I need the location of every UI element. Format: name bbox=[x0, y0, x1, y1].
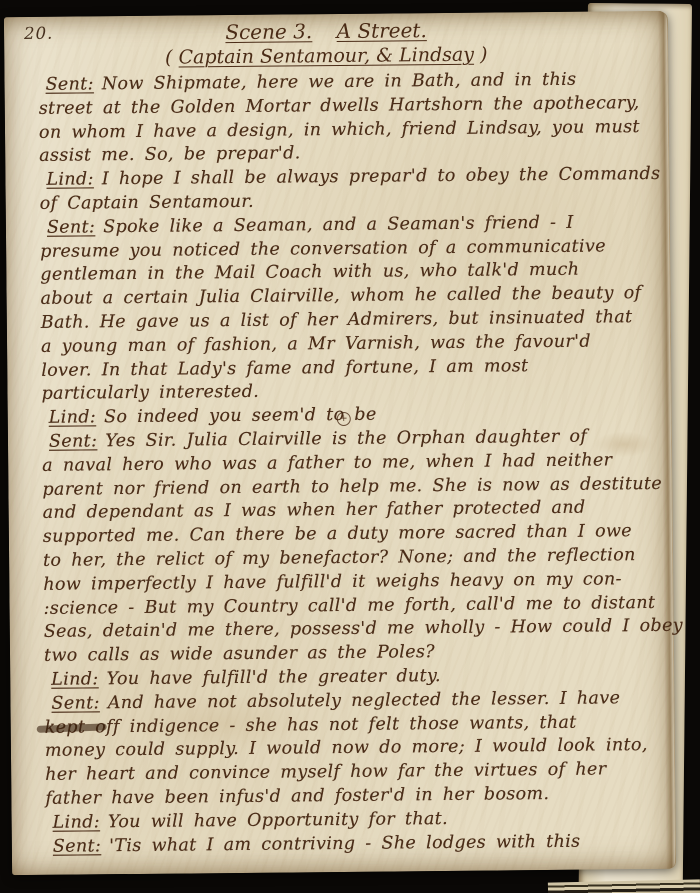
page-number: 20. bbox=[24, 24, 53, 43]
line-text: supported me. Can there be a duty more s… bbox=[43, 521, 632, 547]
line-text: and dependant as I was when her father p… bbox=[43, 498, 586, 523]
line-text: about a certain Julia Clairville, whom h… bbox=[41, 283, 642, 309]
scene-location: A Street. bbox=[336, 18, 426, 43]
speaker-label: Sent: bbox=[51, 693, 99, 713]
line-text: I hope I shall be always prepar'd to obe… bbox=[102, 164, 661, 189]
line-text: how imperfectly I have fulfill'd it weig… bbox=[43, 569, 622, 595]
speaker-label: Lind: bbox=[53, 812, 101, 832]
scene-title: Scene 3. A Street. bbox=[64, 17, 588, 46]
line-text: of Captain Sentamour. bbox=[40, 192, 255, 214]
line-text: money could supply. I would now do more;… bbox=[45, 735, 648, 761]
line-text: two calls as wide asunder as the Poles? bbox=[44, 642, 435, 666]
bottom-page-edges bbox=[548, 879, 700, 893]
manuscript-page: 20. Scene 3. A Street. ( Captain Sentamo… bbox=[4, 11, 676, 875]
line-text: kept off indigence - she has not felt th… bbox=[45, 712, 577, 737]
line-text: :science - But my Country call'd me fort… bbox=[43, 593, 655, 619]
line-text: parent nor friend on earth to help me. S… bbox=[42, 473, 662, 499]
line-text: gentleman in the Mail Coach with us, who… bbox=[40, 260, 579, 285]
character-names: Captain Sentamour, & Lindsay bbox=[178, 44, 474, 69]
line-text: her heart and convince myself how far th… bbox=[45, 760, 606, 785]
line-text: So indeed you seem'd to be bbox=[104, 405, 377, 428]
line-text: Yes Sir. Julia Clairville is the Orphan … bbox=[105, 427, 587, 452]
scene-heading: Scene 3. A Street. ( Captain Sentamour, … bbox=[64, 17, 588, 70]
line-text: street at the Golden Mortar dwells Harts… bbox=[39, 93, 640, 119]
speaker-label: Lind: bbox=[51, 669, 99, 689]
line-text: father have been infus'd and foster'd in… bbox=[45, 784, 549, 809]
line-text: a young man of fashion, a Mr Varnish, wa… bbox=[41, 331, 591, 356]
line-text: a naval hero who was a father to me, whe… bbox=[42, 450, 612, 475]
line-text: Spoke like a Seaman, and a Seaman's frie… bbox=[103, 213, 574, 238]
line-text: lover. In that Lady's fame and fortune, … bbox=[41, 356, 528, 381]
line-text: Bath. He gave us a list of her Admirers,… bbox=[41, 307, 633, 333]
line-text: assist me. So, be prepar'd. bbox=[39, 144, 301, 167]
speaker-label: Sent: bbox=[45, 74, 93, 94]
line-text: on whom I have a design, in which, frien… bbox=[39, 117, 640, 143]
scene-label: Scene 3. bbox=[225, 19, 312, 44]
line-text: You have fulfill'd the greater duty. bbox=[107, 666, 441, 689]
line-text: And have not absolutely neglected the le… bbox=[108, 688, 621, 713]
speaker-label: Lind: bbox=[49, 407, 97, 427]
speaker-label: Sent: bbox=[47, 217, 95, 237]
line-text: Now Shipmate, here we are in Bath, and i… bbox=[102, 70, 577, 95]
speaker-label: Sent: bbox=[53, 836, 101, 856]
line-text: You will have Opportunity for that. bbox=[108, 809, 448, 832]
line-text: 'Tis what I am contriving - She lodges w… bbox=[109, 831, 580, 856]
speaker-label: Sent: bbox=[49, 431, 97, 451]
paren-close: ) bbox=[480, 44, 488, 66]
dialogue-text: Sent:Now Shipmate, here we are in Bath, … bbox=[30, 68, 656, 859]
speaker-label: Lind: bbox=[46, 170, 94, 190]
character-list: ( Captain Sentamour, & Lindsay ) bbox=[64, 43, 588, 70]
line-text: Seas, detain'd me there, possess'd me wh… bbox=[44, 616, 683, 642]
line-text: particularly interested. bbox=[41, 382, 259, 404]
line-text: to her, the relict of my benefactor? Non… bbox=[43, 545, 636, 571]
line-text: presume you noticed the conversation of … bbox=[40, 236, 606, 261]
paren-open: ( bbox=[165, 47, 173, 69]
